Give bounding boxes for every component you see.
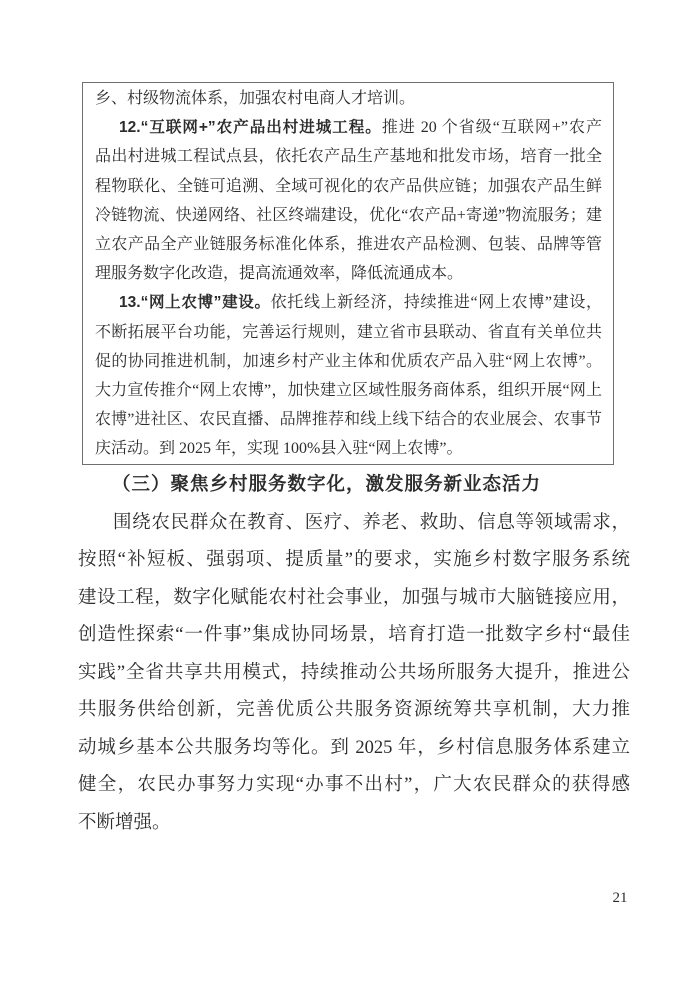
text-line: 农博”进社区、农民直播、品牌推荐和线上线下结合的农业展会、农事节 [95,405,602,434]
text-run: 共服务供给创新，完善优质公共服务资源统筹共享机制，大力推 [78,700,630,720]
text-line: 共服务供给创新，完善优质公共服务资源统筹共享机制，大力推 [78,692,630,730]
text-line: 立农产品全产业链服务标准化体系，推进农产品检测、包装、品牌等管 [95,230,602,259]
text-run: 不断增强。 [78,813,171,833]
text-run: 不断拓展平台功能，完善运行规则，建立省市县联动、省直有关单位共 [95,324,602,341]
text-run: 程物联化、全链可追溯、全域可视化的农产品供应链；加强农产品生鲜 [95,178,602,195]
page-number: 21 [598,888,642,908]
text-run: 庆活动。到 2025 年，实现 100%县入驻“网上农博”。 [95,440,463,457]
text-line: 冷链物流、快递网络、社区终端建设，优化“农产品+寄递”物流服务；建 [95,201,602,230]
text-line: 品出村进城工程试点县，依托农产品生产基地和批发市场，培育一批全 [95,142,602,171]
text-run: 推进 20 个省级“互联网+”农产 [382,119,602,136]
paragraph-lead-bold: 12.“互联网+”农产品出村进城工程。 [119,119,382,136]
boxed-policy-section: 乡、村级物流体系，加强农村电商人才培训。12.“互联网+”农产品出村进城工程。推… [82,82,614,465]
text-run: 健全，农民办事努力实现“办事不出村”，广大农民群众的获得感 [78,775,630,795]
text-line: 乡、村级物流体系，加强农村电商人才培训。 [95,84,602,113]
text-run: 冷链物流、快递网络、社区终端建设，优化“农产品+寄递”物流服务；建 [95,207,602,224]
text-run: 农博”进社区、农民直播、品牌推荐和线上线下结合的农业展会、农事节 [95,411,602,428]
text-line: 动城乡基本公共服务均等化。到 2025 年，乡村信息服务体系建立 [78,730,630,768]
text-run: 建设工程，数字化赋能农村社会事业，加强与城市大脑链接应用， [78,588,630,608]
text-line: 程物联化、全链可追溯、全域可视化的农产品供应链；加强农产品生鲜 [95,172,602,201]
text-run: 围绕农民群众在教育、医疗、养老、救助、信息等领域需求， [113,513,630,533]
text-run: 动城乡基本公共服务均等化。到 2025 年，乡村信息服务体系建立 [78,738,630,758]
text-line: 创造性探索“一件事”集成协同场景，培育打造一批数字乡村“最佳 [78,617,630,655]
section-heading: （三）聚焦乡村服务数字化，激发服务新业态活力 [78,467,630,505]
text-run: 实践”全省共享共用模式，持续推动公共场所服务大提升，推进公 [78,663,630,683]
text-line: 按照“补短板、强弱项、提质量”的要求，实施乡村数字服务系统 [78,542,630,580]
text-line: 不断增强。 [78,805,630,843]
text-run: 创造性探索“一件事”集成协同场景，培育打造一批数字乡村“最佳 [78,625,630,645]
text-line: 健全，农民办事努力实现“办事不出村”，广大农民群众的获得感 [78,767,630,805]
text-run: 理服务数字化改造，提高流通效率，降低流通成本。 [95,265,463,282]
text-run: 乡、村级物流体系，加强农村电商人才培训。 [95,90,415,107]
body-paragraph: 围绕农民群众在教育、医疗、养老、救助、信息等领域需求，按照“补短板、强弱项、提质… [78,505,630,843]
paragraph-lead-bold: 13.“网上农博”建设。 [119,294,271,311]
text-line: 理服务数字化改造，提高流通效率，降低流通成本。 [95,259,602,288]
text-line: 促的协同推进机制，加速乡村产业主体和优质农产品入驻“网上农博”。 [95,347,602,376]
text-line: 围绕农民群众在教育、医疗、养老、救助、信息等领域需求， [78,505,630,543]
body-block: （三）聚焦乡村服务数字化，激发服务新业态活力 围绕农民群众在教育、医疗、养老、救… [78,467,630,842]
text-line: 12.“互联网+”农产品出村进城工程。推进 20 个省级“互联网+”农产 [95,113,602,142]
text-run: 按照“补短板、强弱项、提质量”的要求，实施乡村数字服务系统 [78,550,630,570]
document-page: 乡、村级物流体系，加强农村电商人才培训。12.“互联网+”农产品出村进城工程。推… [0,0,700,990]
text-run: 促的协同推进机制，加速乡村产业主体和优质农产品入驻“网上农博”。 [95,353,602,370]
text-line: 庆活动。到 2025 年，实现 100%县入驻“网上农博”。 [95,434,602,463]
text-line: 不断拓展平台功能，完善运行规则，建立省市县联动、省直有关单位共 [95,318,602,347]
text-run: 大力宣传推介“网上农博”，加快建立区域性服务商体系，组织开展“网上 [95,382,602,399]
text-line: 实践”全省共享共用模式，持续推动公共场所服务大提升，推进公 [78,655,630,693]
boxed-text-lines: 乡、村级物流体系，加强农村电商人才培训。12.“互联网+”农产品出村进城工程。推… [95,84,602,463]
text-run: 依托线上新经济，持续推进“网上农博”建设， [271,294,602,311]
text-run: 品出村进城工程试点县，依托农产品生产基地和批发市场，培育一批全 [95,148,602,165]
text-line: 大力宣传推介“网上农博”，加快建立区域性服务商体系，组织开展“网上 [95,376,602,405]
text-line: 13.“网上农博”建设。依托线上新经济，持续推进“网上农博”建设， [95,288,602,317]
text-run: 立农产品全产业链服务标准化体系，推进农产品检测、包装、品牌等管 [95,236,602,253]
text-line: 建设工程，数字化赋能农村社会事业，加强与城市大脑链接应用， [78,580,630,618]
